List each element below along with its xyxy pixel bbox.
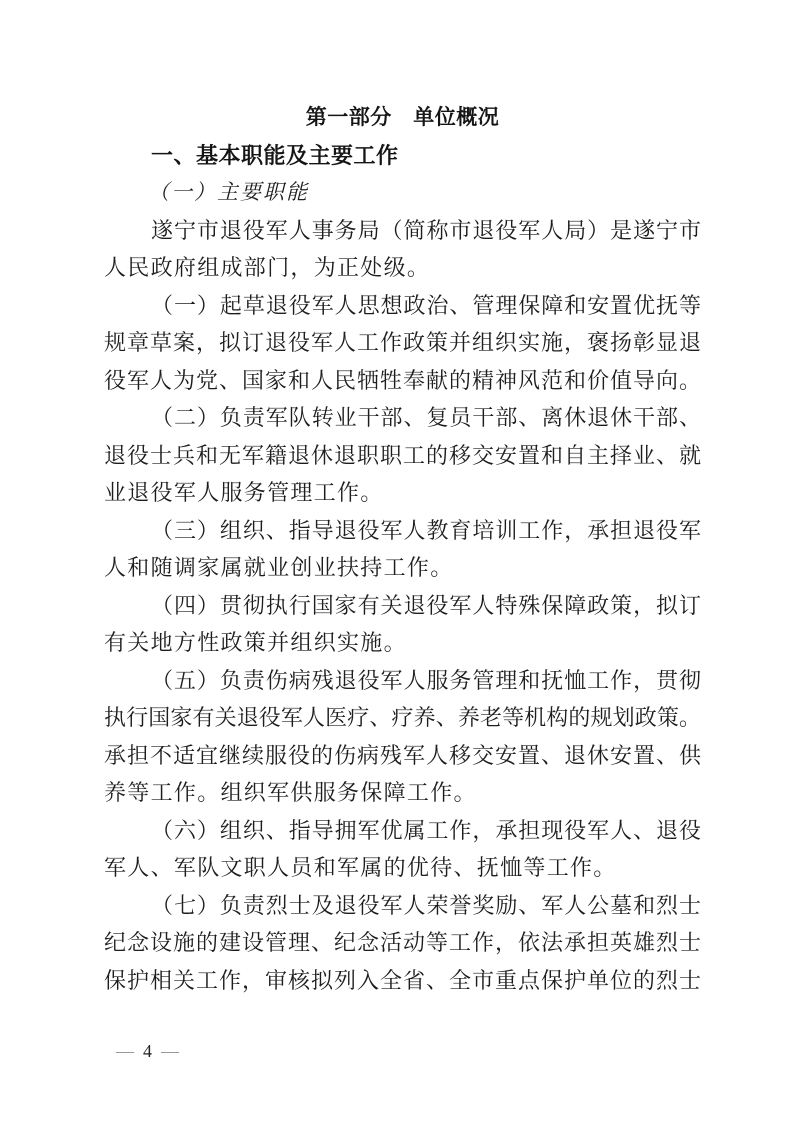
paragraph-line: （一）起草退役军人思想政治、管理保障和安置优抚等 <box>104 287 701 325</box>
document-text-block: 第一部分 单位概况 一、基本职能及主要工作 （一）主要职能 遂宁市退役军人事务局… <box>104 99 701 999</box>
paragraph-line: （六）组织、指导拥军优属工作，承担现役军人、退役 <box>104 812 701 850</box>
paragraph-line: 人和随调家属就业创业扶持工作。 <box>104 549 701 587</box>
subsection-heading: （一）主要职能 <box>104 174 701 212</box>
page-footer: —4— <box>116 1036 179 1066</box>
paragraph-line: 役军人为党、国家和人民牺牲奉献的精神风范和价值导向。 <box>104 362 701 400</box>
paragraph-line: 规章草案，拟订退役军人工作政策并组织实施，褒扬彰显退 <box>104 324 701 362</box>
paragraph-line: （四）贯彻执行国家有关退役军人特殊保障政策，拟订 <box>104 587 701 625</box>
paragraph-line: 军人、军队文职人员和军属的优待、抚恤等工作。 <box>104 849 701 887</box>
paragraph-line: 承担不适宜继续服役的伤病残军人移交安置、退休安置、供 <box>104 737 701 775</box>
paragraph-line: （二）负责军队转业干部、复员干部、离休退休干部、 <box>104 399 701 437</box>
page-number: 4 <box>143 1041 152 1061</box>
paragraph-line: 执行国家有关退役军人医疗、疗养、养老等机构的规划政策。 <box>104 699 701 737</box>
document-title: 第一部分 单位概况 <box>104 99 701 137</box>
paragraph-line: 人民政府组成部门，为正处级。 <box>104 249 701 287</box>
paragraph-line: 保护相关工作，审核拟列入全省、全市重点保护单位的烈士 <box>104 962 701 1000</box>
document-page: 第一部分 单位概况 一、基本职能及主要工作 （一）主要职能 遂宁市退役军人事务局… <box>0 0 793 1122</box>
footer-dash-right: — <box>161 1041 179 1061</box>
section-heading: 一、基本职能及主要工作 <box>104 137 701 175</box>
paragraph-line: 纪念设施的建设管理、纪念活动等工作，依法承担英雄烈士 <box>104 924 701 962</box>
paragraph-line: （五）负责伤病残退役军人服务管理和抚恤工作，贯彻 <box>104 662 701 700</box>
paragraph-line: 遂宁市退役军人事务局（简称市退役军人局）是遂宁市 <box>104 212 701 250</box>
paragraph-line: （三）组织、指导退役军人教育培训工作，承担退役军 <box>104 512 701 550</box>
paragraph-line: 业退役军人服务管理工作。 <box>104 474 701 512</box>
paragraph-line: 有关地方性政策并组织实施。 <box>104 624 701 662</box>
paragraph-line: （七）负责烈士及退役军人荣誉奖励、军人公墓和烈士 <box>104 887 701 925</box>
footer-dash-left: — <box>116 1041 134 1061</box>
paragraph-line: 养等工作。组织军供服务保障工作。 <box>104 774 701 812</box>
paragraph-line: 退役士兵和无军籍退休退职职工的移交安置和自主择业、就 <box>104 437 701 475</box>
